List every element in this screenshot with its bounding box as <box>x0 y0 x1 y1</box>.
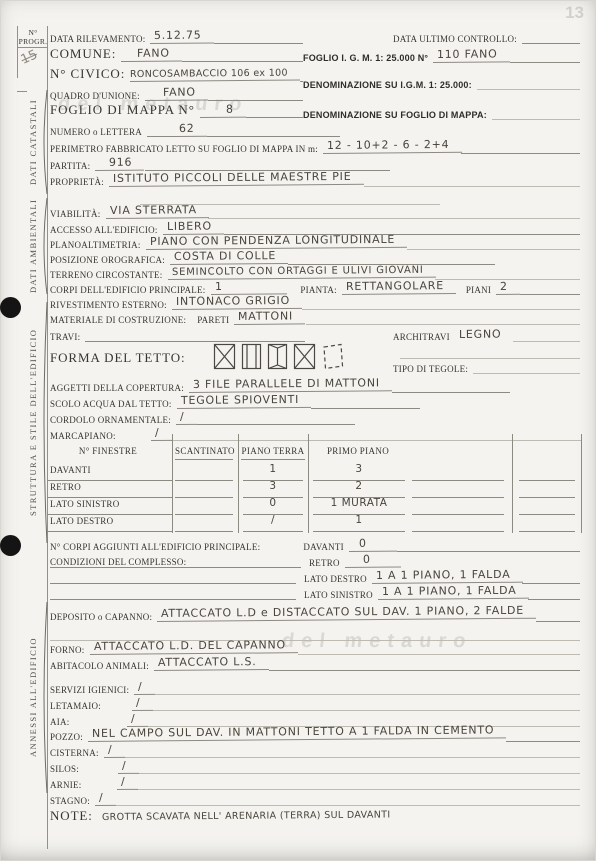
field-deposito-capanno: DEPOSITO o CAPANNO: ATTACCATO L.D e DIST… <box>50 606 580 622</box>
field-label: POZZO: <box>50 732 88 742</box>
field-partita: PARTITA: 916 <box>50 155 390 171</box>
progr-box: N° PROGR. 15 <box>17 26 48 78</box>
field-value: 3 FILE PARALLELE DI MATTONI <box>189 376 392 393</box>
field-lato-sinistro-corpi: LATO SINISTRO 1 A 1 PIANO, 1 FALDA <box>50 584 580 600</box>
field-cisterna: CISTERNA: / <box>50 742 580 758</box>
field-label: DENOMINAZIONE SU I.G.M. 1: 25.000: <box>303 80 477 90</box>
underline <box>85 325 305 342</box>
underline <box>208 202 580 219</box>
field-label: LETAMAIO: <box>50 701 106 711</box>
field-label: VIABILITÀ: <box>50 209 106 219</box>
field-label: TRAVI: <box>50 332 85 342</box>
field-lato-destro-corpi: LATO DESTRO 1 A 1 PIANO, 1 FALDA <box>50 568 580 584</box>
field-pozzo: POZZO: NEL CAMPO SUL DAV. IN MATTONI TET… <box>50 726 580 742</box>
field-label: TIPO DI TEGOLE: <box>393 364 473 374</box>
field-value: LIBERO <box>163 219 224 235</box>
field-viabilita: VIABILITÀ: VIA STERRATA <box>50 203 580 219</box>
field-label: ARNIE: <box>50 780 87 790</box>
underline <box>155 678 580 695</box>
field-letamaio: LETAMAIO: / <box>50 695 580 711</box>
field-terreno-circostante: TERRENO CIRCOSTANTE: SEMINCOLTO CON ORTA… <box>50 264 580 280</box>
field-value: ATTACCATO L.D e DISTACCATO SUL DAV. 1 PI… <box>157 604 536 622</box>
field-note: NOTE: GROTTA SCAVATA NELL' ARENARIA (TER… <box>50 808 580 824</box>
field-comune: COMUNE: FANO <box>50 46 303 62</box>
underline <box>519 497 575 515</box>
progr-value: 15 <box>19 47 40 67</box>
underline <box>207 120 340 137</box>
underline <box>214 27 303 44</box>
field-condizioni-complesso: CONDIZIONI DEL COMPLESSO: RETRO 0 <box>50 552 580 568</box>
underline <box>513 325 580 342</box>
underline <box>116 789 580 806</box>
field-value: 0 <box>349 537 397 552</box>
field-arnie: ARNIE: / <box>50 774 580 790</box>
field-data-ultimo-controllo: DATA ULTIMO CONTROLLO: <box>393 28 580 44</box>
field-quadro-unione: QUADRO D'UNIONE: FANO <box>50 85 303 101</box>
underline <box>519 480 575 498</box>
underline <box>461 137 580 154</box>
underline <box>306 308 580 325</box>
underline <box>124 741 580 758</box>
underline <box>139 757 580 774</box>
roof-ridge-center-icon <box>267 343 288 370</box>
table-row-lato-destro: LATO DESTRO / 1 <box>47 515 582 532</box>
underline <box>412 480 504 498</box>
table-row-lato-sinistro: LATO SINISTRO 0 1 MURATA <box>47 498 582 515</box>
underline <box>528 583 580 600</box>
field-value: / <box>176 410 197 425</box>
field-label: MATERIALE DI COSTRUZIONE: <box>50 315 191 325</box>
field-numero-lettera: NUMERO o LETTERA 62 <box>50 121 340 137</box>
table-col-header: PIANO TERRA <box>241 446 305 460</box>
field-value: 0 <box>345 553 401 568</box>
field-label: N° CIVICO: <box>50 66 130 82</box>
field-corpi-aggiunti: N° CORPI AGGIUNTI ALL'EDIFICIO PRINCIPAL… <box>50 536 580 552</box>
field-travi: TRAVI: <box>50 326 305 342</box>
underline <box>50 583 296 600</box>
field-value: 1 <box>210 279 286 295</box>
field-label: FORNO: <box>50 645 90 655</box>
underline <box>522 27 580 44</box>
field-value: 1 A 1 PIANO, 1 FALDA <box>372 568 523 584</box>
field-value: GROTTA SCAVATA NELL' ARENARIA (TERRA) SU… <box>98 809 403 824</box>
field-value: NEL CAMPO SUL DAV. IN MATTONI TETTO A 1 … <box>88 723 507 742</box>
underline <box>519 514 575 532</box>
underline <box>298 638 580 655</box>
field-abitacolo-animali: ABITACOLO ANIMALI: ATTACCATO L.S. <box>50 655 580 671</box>
field-stagno: STAGNO: / <box>50 790 580 806</box>
underline <box>477 73 580 90</box>
field-label: FOGLIO DI MAPPA N° <box>50 102 200 118</box>
field-label: FOGLIO I. G. M. 1: 25.000 N° <box>303 53 433 63</box>
field-tipo-tegole: TIPO DI TEGOLE: <box>393 358 580 374</box>
table-col-header: PRIMO PIANO <box>311 446 405 456</box>
field-label: QUADRO D'UNIONE: <box>50 91 145 101</box>
field-label: NUMERO o LETTERA <box>50 127 147 137</box>
field-label: CORDOLO ORNAMENTALE: <box>50 415 176 425</box>
page-number-mark: 13 <box>565 3 584 23</box>
field-label: SCOLO ACQUA DAL TETTO: <box>50 399 177 409</box>
roof-shape-icons <box>213 343 344 370</box>
field-forma-tetto: FORMA DEL TETTO: <box>50 350 210 366</box>
sidebar-brace <box>40 88 48 196</box>
field-value: INTONACO GRIGIO <box>172 294 302 310</box>
field-cordolo: CORDOLO ORNAMENTALE: / <box>50 409 355 425</box>
punch-hole <box>0 535 21 556</box>
table-row-davanti: DAVANTI 1 3 <box>47 464 582 481</box>
progr-label: N° PROGR. <box>18 26 48 46</box>
field-value: TEGOLE SPIOVENTI <box>176 393 310 409</box>
field-materiale: MATERIALE DI COSTRUZIONE: PARETI MATTONI <box>50 309 580 325</box>
field-value: RONCOSAMBACCIO 106 ex 100 <box>130 68 300 82</box>
field-label: ABITACOLO ANIMALI: <box>50 661 154 671</box>
underline <box>473 357 580 374</box>
field-label: SILOS: <box>50 764 84 774</box>
underline <box>536 605 580 622</box>
underline <box>197 408 355 425</box>
field-value: MATTONI <box>234 309 305 325</box>
underline <box>147 120 175 137</box>
field-data-rilevamento: DATA RILEVAMENTO: 5.12.75 <box>50 28 303 44</box>
field-label: LATO DESTRO <box>304 574 372 584</box>
underline <box>522 567 580 584</box>
field-foglio-igm: FOGLIO I. G. M. 1: 25.000 N° 110 FANO <box>303 47 580 63</box>
field-value: / <box>95 791 116 806</box>
roof-hip-crossed-icon <box>213 343 236 370</box>
field-value: VIA STERRATA <box>105 203 208 219</box>
field-label: DAVANTI <box>303 542 348 552</box>
underline <box>145 154 390 171</box>
roof-hip-crossed-icon <box>293 343 316 370</box>
field-architravi: ARCHITRAVI LEGNO <box>393 326 580 342</box>
field-value: / <box>132 696 153 711</box>
field-value: 1 A 1 PIANO, 1 FALDA <box>378 584 529 600</box>
field-label: DENOMINAZIONE SU FOGLIO DI MAPPA: <box>303 110 492 120</box>
field-sublabel: PARETI <box>191 315 234 325</box>
underline <box>412 514 504 532</box>
punch-hole <box>0 297 21 318</box>
underline <box>392 376 510 393</box>
field-value: LEGNO <box>455 327 514 342</box>
underline <box>208 84 303 101</box>
table-row-retro: RETRO 3 2 <box>47 481 582 498</box>
field-posizione-orografica: POSIZIONE OROGRAFICA: COSTA DI COLLE <box>50 249 495 265</box>
underline <box>506 725 580 742</box>
field-forno: FORNO: ATTACCATO L.D. DEL CAPANNO <box>50 639 580 655</box>
windows-table: N° FINESTRE SCANTINATO PIANO TERRA PRIMO… <box>47 434 582 534</box>
field-value: 916 <box>95 156 145 171</box>
field-label: RETRO <box>309 558 345 568</box>
field-proprieta: PROPRIETÀ: ISTITUTO PICCOLI DELLE MAESTR… <box>50 171 580 187</box>
field-label: ARCHITRAVI <box>393 332 455 342</box>
field-value: FANO <box>145 85 208 101</box>
field-value: / <box>104 743 125 758</box>
roof-shed-dashed-icon <box>321 343 344 370</box>
field-label: FORMA DEL TETTO: <box>50 350 191 366</box>
underline <box>364 170 580 187</box>
field-label: DATA RILEVAMENTO: <box>50 34 150 44</box>
underline <box>137 773 580 790</box>
sidebar-brace <box>40 600 48 795</box>
field-label: N° CORPI AGGIUNTI ALL'EDIFICIO PRINCIPAL… <box>50 542 265 552</box>
field-n-civico: N° CIVICO: RONCOSAMBACCIO 106 ex 100 <box>50 66 303 82</box>
underline <box>311 392 420 409</box>
field-servizi-igienici: SERVIZI IGIENICI: / <box>50 679 580 695</box>
field-label: SERVIZI IGIENICI: <box>50 685 134 695</box>
field-label: AGGETTI DELLA COPERTURA: <box>50 383 189 393</box>
underline <box>510 46 580 63</box>
field-label: DEPOSITO o CAPANNO: <box>50 612 157 622</box>
field-scolo-acqua: SCOLO ACQUA DAL TETTO: TEGOLE SPIOVENTI <box>50 393 420 409</box>
field-value: ATTACCATO L.S. <box>154 655 269 671</box>
field-value: / <box>116 775 137 790</box>
progr-box-rule <box>17 91 27 92</box>
field-value: COSTA DI COLLE <box>170 249 288 265</box>
field-value: 12 - 10+2 - 6 - 2+4 <box>323 138 462 154</box>
field-value: ISTITUTO PICCOLI DELLE MAESTRE PIE <box>109 170 364 187</box>
field-foglio-mappa: FOGLIO DI MAPPA N° 8 <box>50 102 303 118</box>
underline <box>153 694 580 711</box>
field-label: STAGNO: <box>50 796 95 806</box>
field-label: PROPRIETÀ: <box>50 177 109 187</box>
underline <box>397 535 580 552</box>
field-aggetti: AGGETTI DELLA COPERTURA: 3 FILE PARALLEL… <box>50 377 510 393</box>
field-label: LATO SINISTRO <box>304 590 378 600</box>
roof-gable-icon <box>241 343 262 370</box>
field-label: CISTERNA: <box>50 748 104 758</box>
field-value: SEMINCOLTO CON ORTAGGI E ULIVI GIOVANI <box>167 265 435 280</box>
field-perimetro: PERIMETRO FABBRICATO LETTO SU FOGLIO DI … <box>50 138 580 154</box>
underline <box>412 463 504 481</box>
field-label: COMUNE: <box>50 46 121 62</box>
field-value: / <box>126 712 147 727</box>
field-label: NOTE: <box>50 808 98 824</box>
underline <box>492 103 580 120</box>
field-value: 5.12.75 <box>150 28 214 44</box>
underline <box>519 463 575 481</box>
underline <box>182 45 303 62</box>
field-label: PERIMETRO FABBRICATO LETTO SU FOGLIO DI … <box>50 144 323 154</box>
underline <box>246 101 303 118</box>
table-col-header: SCANTINATO <box>175 446 233 460</box>
field-label: DATA ULTIMO CONTROLLO: <box>393 34 522 44</box>
field-value: FANO <box>121 46 182 62</box>
underline <box>50 567 296 584</box>
underline <box>269 654 580 671</box>
field-silos: SILOS: / <box>50 758 580 774</box>
field-label: PARTITA: <box>50 161 95 171</box>
field-denominazione-mappa: DENOMINAZIONE SU FOGLIO DI MAPPA: <box>303 104 580 120</box>
field-denominazione-igm: DENOMINAZIONE SU I.G.M. 1: 25.000: <box>303 74 580 90</box>
sidebar-brace <box>40 196 48 296</box>
field-value: 8 <box>200 103 246 118</box>
field-value: / <box>134 680 155 695</box>
underline <box>412 497 504 515</box>
field-value: 62 <box>175 122 207 137</box>
table-corner-header: N° FINESTRE <box>47 446 169 456</box>
field-value: ATTACCATO L.D. DEL CAPANNO <box>89 638 297 655</box>
field-value: / <box>118 759 139 774</box>
scanned-survey-form: del metauro del metauro 13 N° PROGR. 15 … <box>0 0 596 861</box>
field-value: 110 FANO <box>433 47 510 63</box>
